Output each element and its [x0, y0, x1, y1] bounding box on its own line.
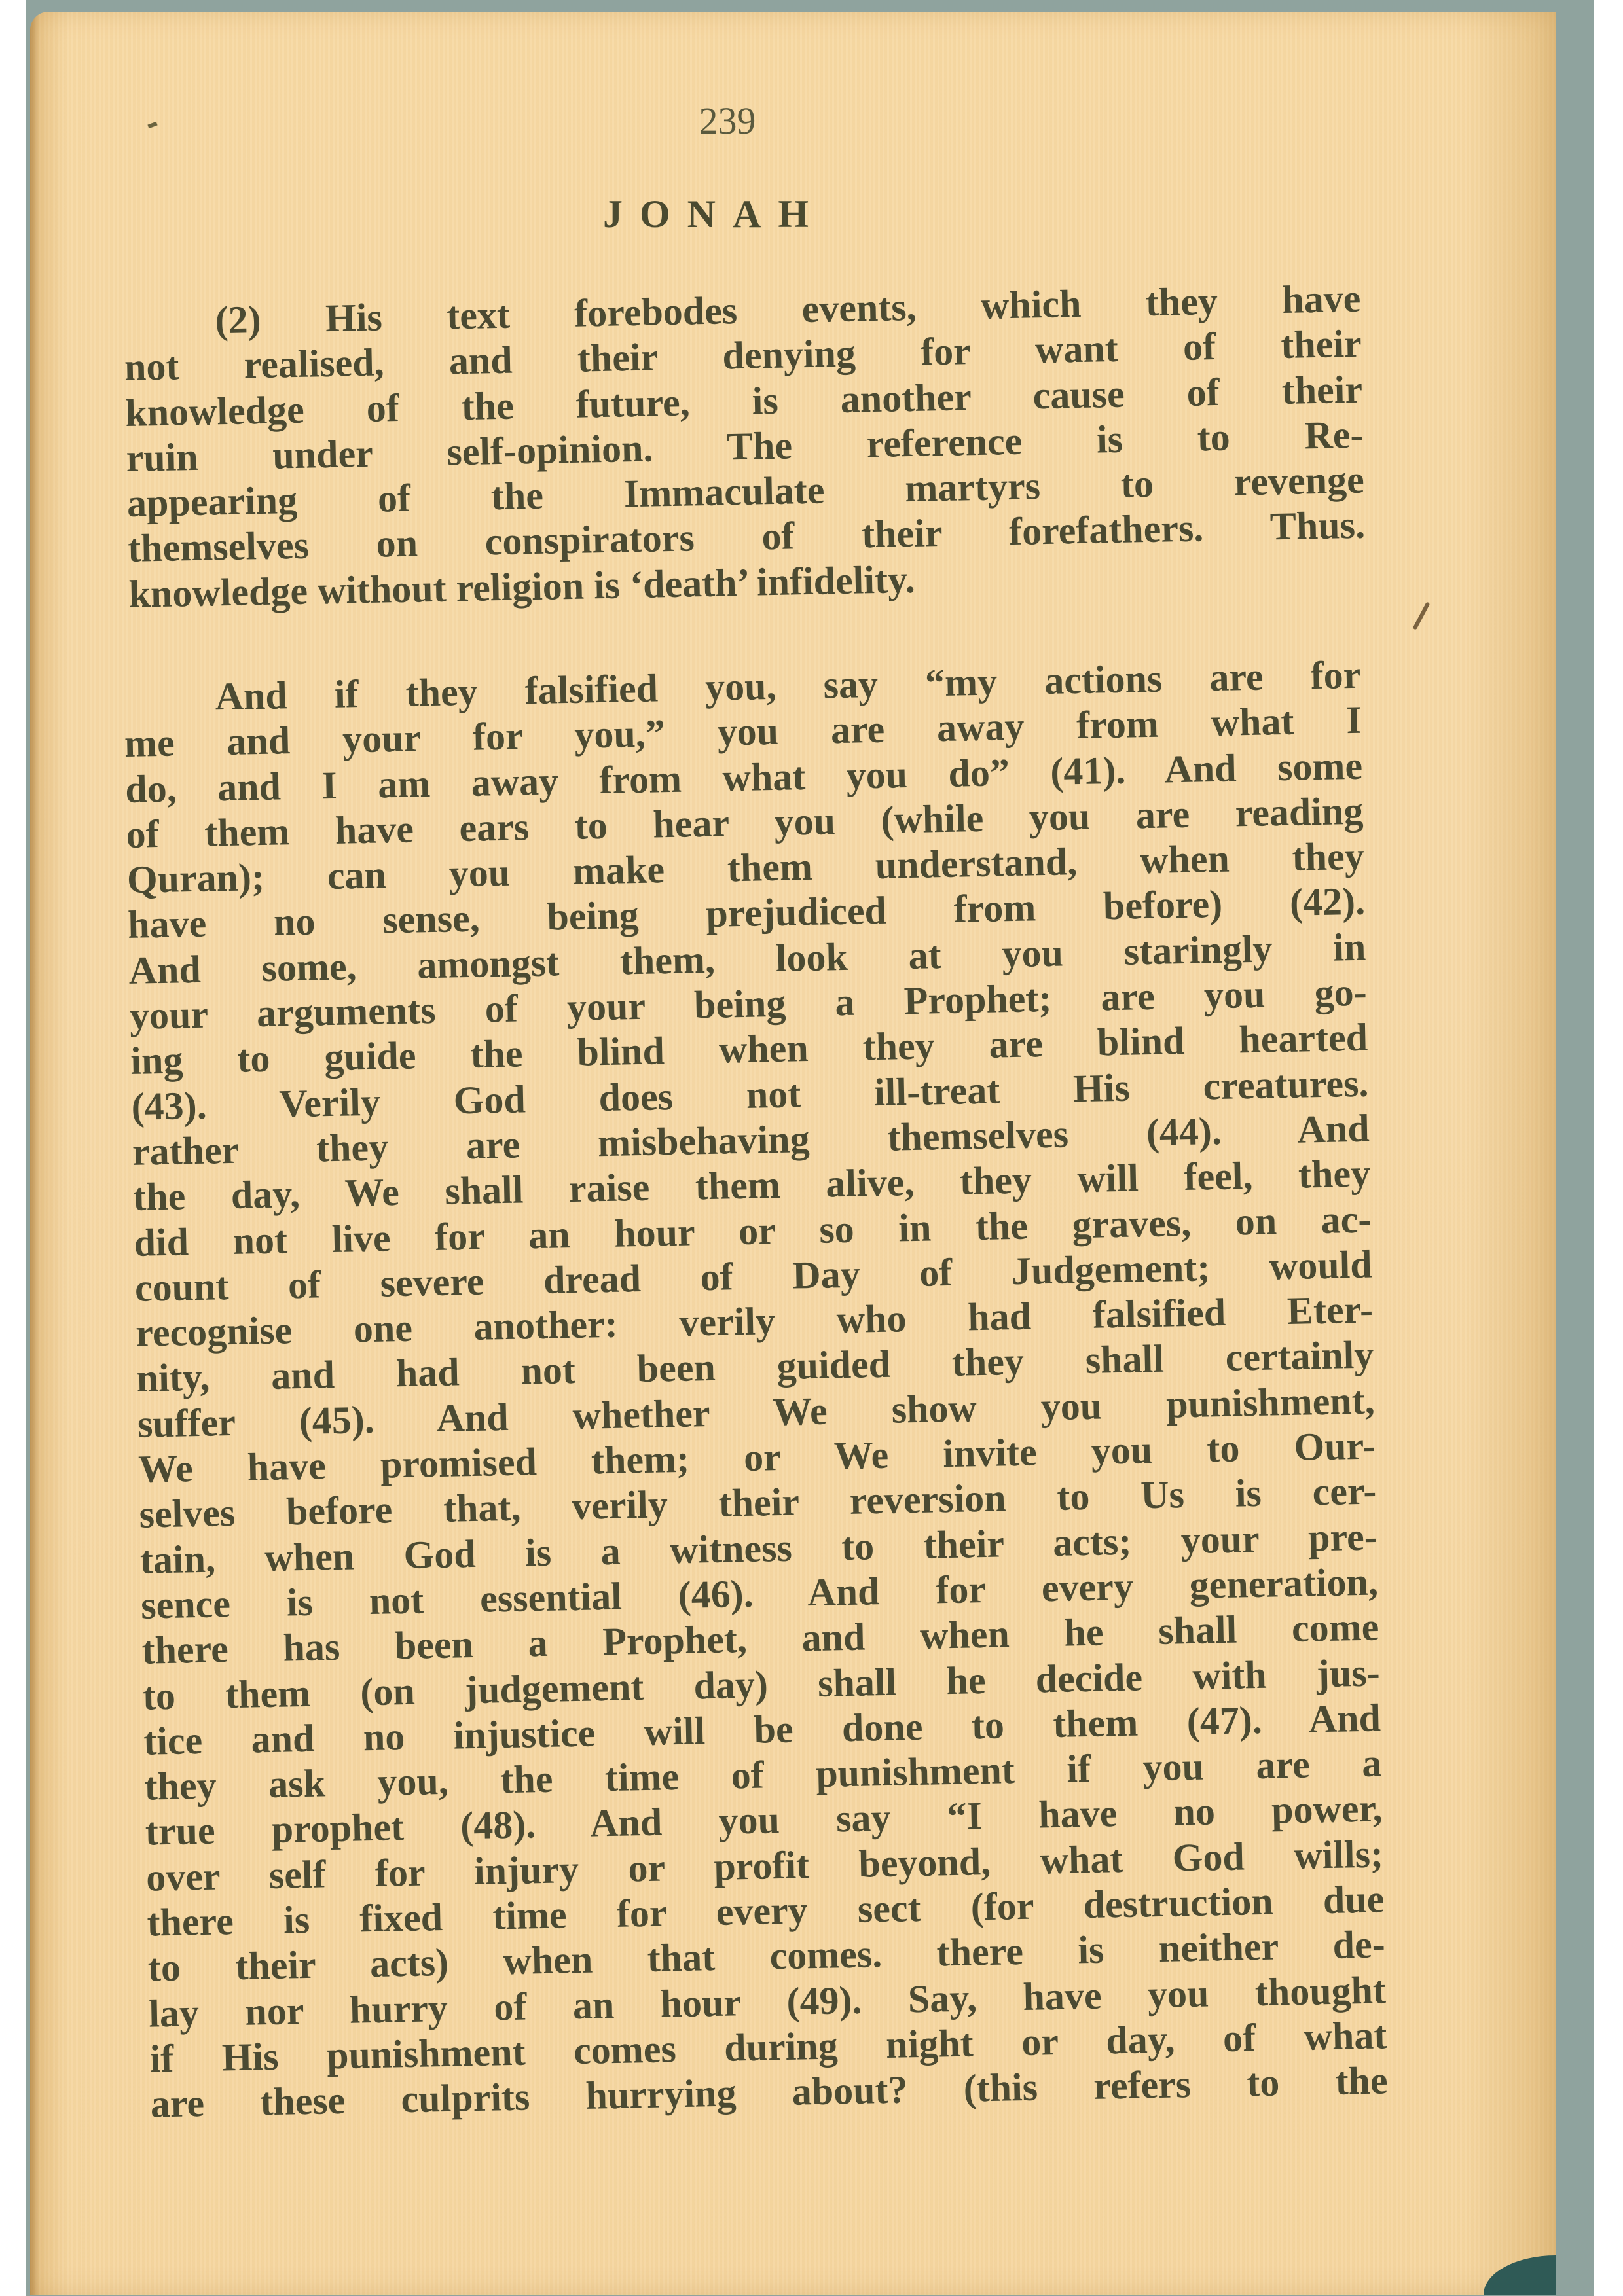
page-number-text: 239 [699, 99, 756, 142]
page-number: 239 [30, 99, 1556, 143]
torn-page-corner [1484, 2255, 1556, 2295]
verse-paragraph: And if they falsified you, say “my actio… [123, 653, 1388, 2127]
book-page: 239 JONAH (2) His text forebodes events,… [30, 12, 1556, 2295]
footnote-paragraph: (2) His text forebodes events, which the… [123, 276, 1366, 617]
chapter-title: JONAH [30, 192, 1556, 237]
chapter-title-text: JONAH [603, 192, 826, 236]
pencil-tick-mark [1413, 601, 1431, 630]
